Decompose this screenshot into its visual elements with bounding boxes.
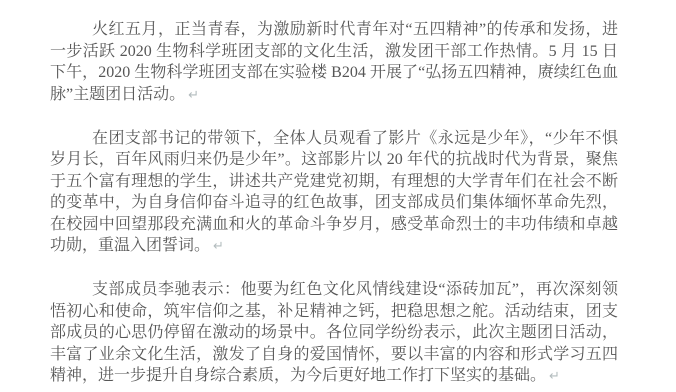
paragraph: 在团支部书记的带领下，全体人员观看了影片《永远是少年》，“少年不惧岁月长，百年风… [50,128,618,258]
document-page: 火红五月，正当青春，为激励新时代青年对“五四精神”的传承和发扬，进一步活跃 20… [0,0,676,392]
paragraph: 支部成员李驰表示：他要为红色文化风情线建设“添砖加瓦”，再次深刻领悟初心和使命，… [50,279,618,388]
paragraph-mark-icon: ↵ [188,85,199,107]
paragraph-text: 支部成员李驰表示：他要为红色文化风情线建设“添砖加瓦”，再次深刻领悟初心和使命，… [50,281,618,384]
paragraph-mark-icon: ↵ [549,366,560,388]
paragraph-text: 在团支部书记的带领下，全体人员观看了影片《永远是少年》，“少年不惧岁月长，百年风… [50,130,618,255]
paragraph-text: 火红五月，正当青春，为激励新时代青年对“五四精神”的传承和发扬，进一步活跃 20… [50,21,618,103]
paragraph: 火红五月，正当青春，为激励新时代青年对“五四精神”的传承和发扬，进一步活跃 20… [50,19,618,106]
paragraph-mark-icon: ↵ [213,236,224,258]
